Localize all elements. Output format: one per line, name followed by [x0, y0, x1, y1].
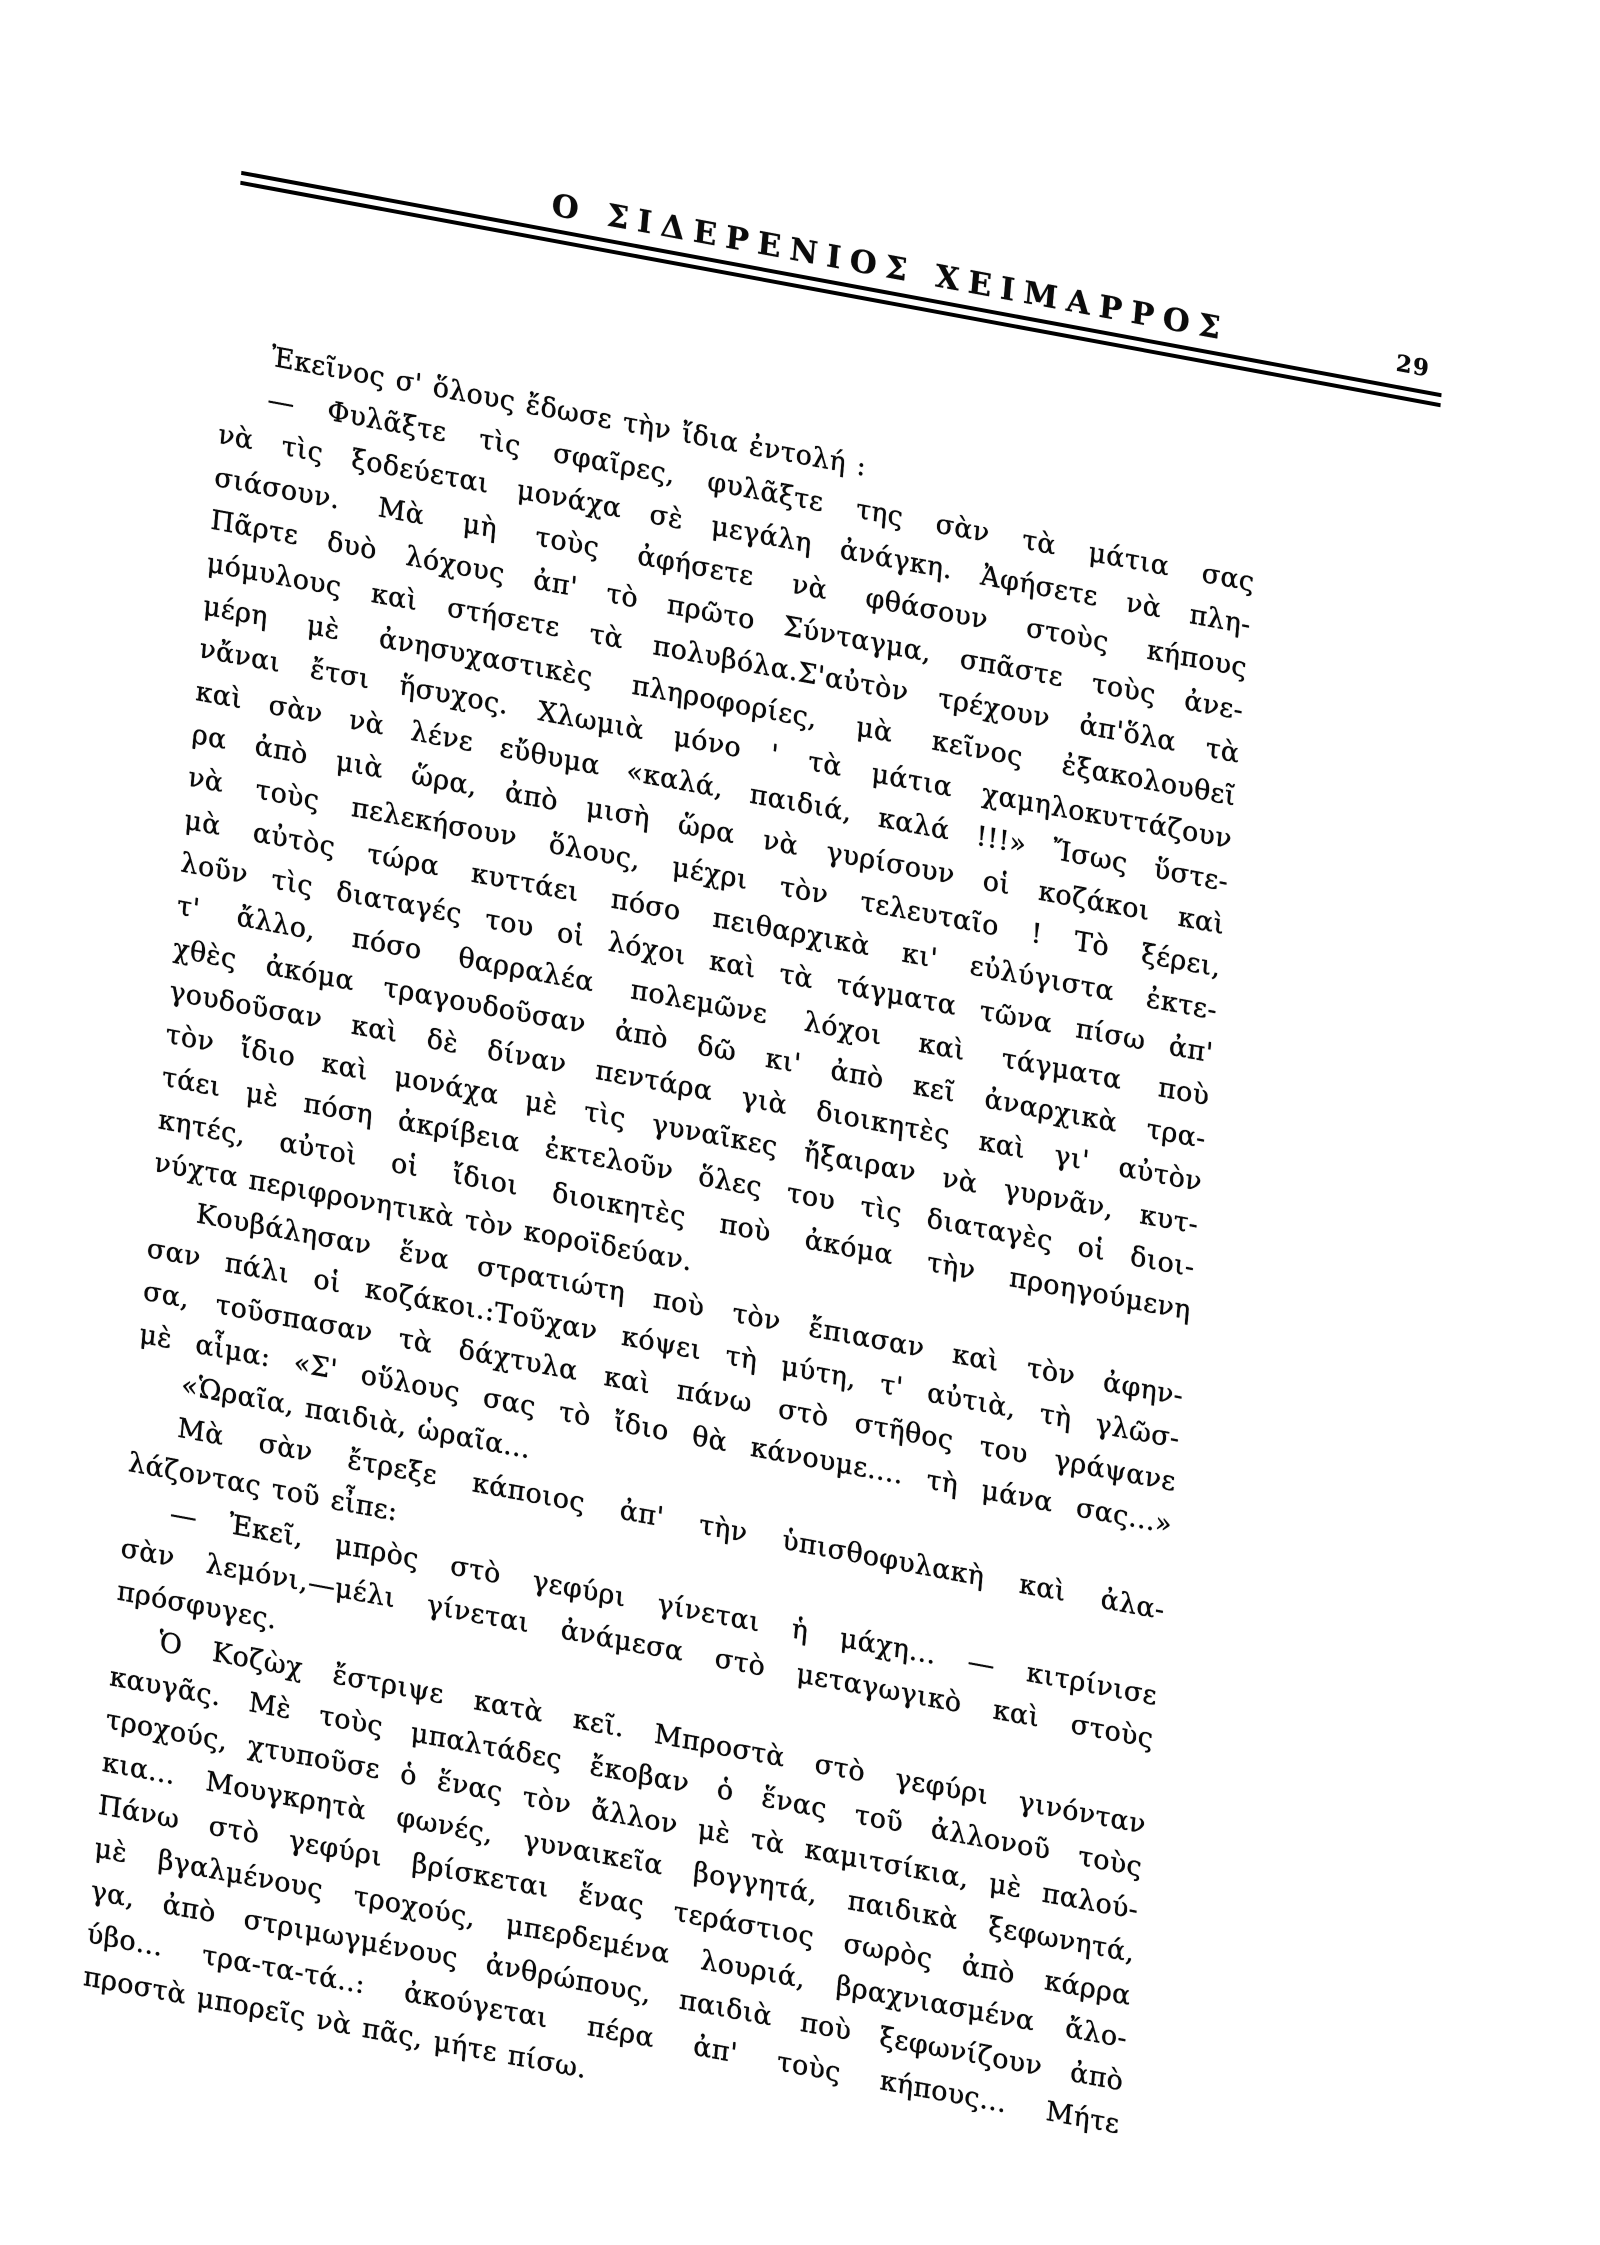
scanned-page: Ο ΣΙΔΕΡΕΝΙΟΣ ΧΕΙΜΑΡΡΟΣ 29 Ἐκεῖνος σ' ὅλο…	[0, 0, 1600, 2245]
body-text: Ἐκεῖνος σ' ὅλους ἔδωσε τὴν ἴδια ἐντολή :…	[82, 327, 1260, 2189]
page-title: Ο ΣΙΔΕΡΕΝΙΟΣ ΧΕΙΜΑΡΡΟΣ	[242, 130, 1445, 388]
page-content: Ο ΣΙΔΕΡΕΝΙΟΣ ΧΕΙΜΑΡΡΟΣ 29 Ἐκεῖνος σ' ὅλο…	[82, 130, 1446, 2220]
